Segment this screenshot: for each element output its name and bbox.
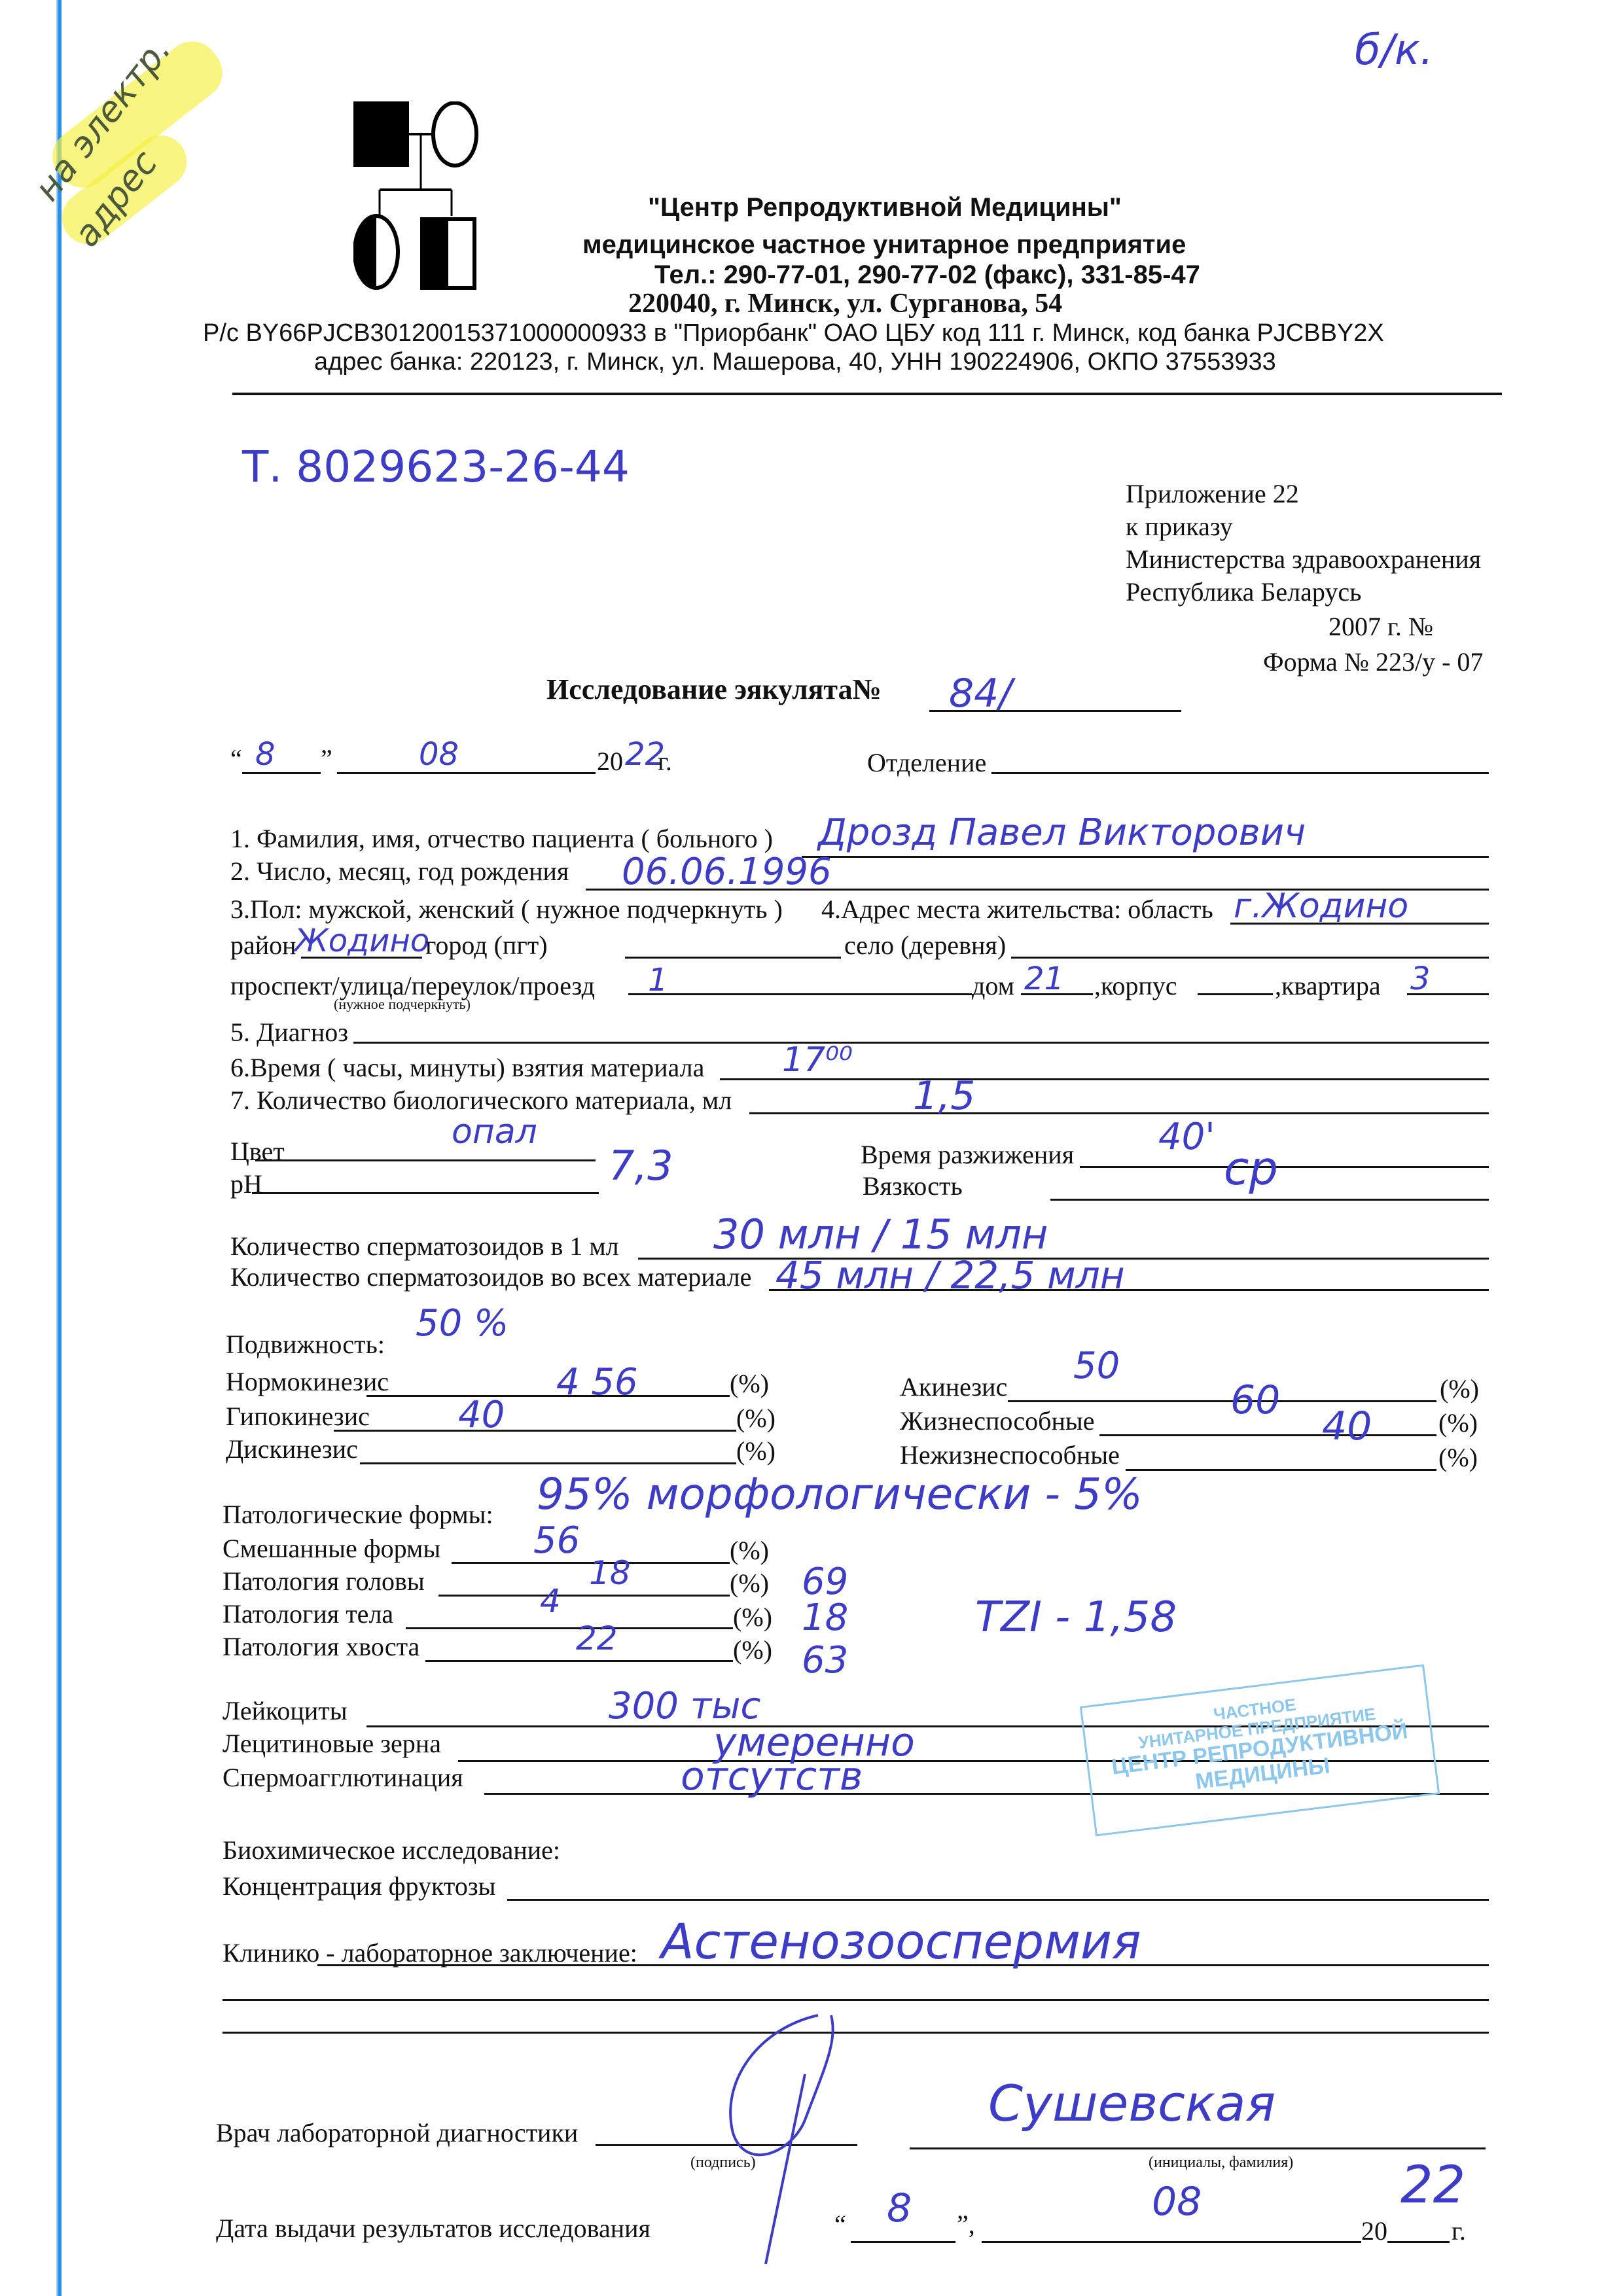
dob-value[interactable]: 06.06.1996 [622,851,832,893]
building-label: ,корпус [1094,973,1177,999]
viscosity-label: Вязкость [863,1173,963,1199]
conclusion-value[interactable]: Астенозооспермия [661,1914,1141,1970]
motility-value[interactable]: 50 % [416,1302,508,1345]
dyskinesis-unit: (%) [736,1438,776,1464]
clinic-logo-icon [353,101,543,314]
form-number: Форма № 223/у - 07 [1263,649,1483,675]
scan-margin-line [56,0,62,2296]
fructose-field[interactable] [507,1899,1489,1901]
dob-label: 2. Число, месяц, год рождения [230,858,569,885]
issue-month[interactable]: 08 [1152,2179,1202,2225]
date-year-prefix: 20 [597,749,623,775]
body-pathology-label: Патология тела [223,1601,393,1627]
lecithin-label: Лецитиновые зерна [223,1731,441,1757]
mixed-forms-value[interactable]: 56 [533,1519,580,1562]
tzi-index: TZI - 1,58 [975,1593,1177,1642]
date-year-unit: г. [658,749,672,775]
issue-date-close-quote: ”, [957,2212,975,2238]
issue-year-unit: г. [1452,2218,1466,2244]
akinesis-value[interactable]: 50 [1073,1345,1120,1387]
village-label: село (деревня) [844,932,1006,959]
phone-note: Т. 8029623-26-44 [242,442,630,492]
viable-field[interactable] [1099,1434,1436,1436]
head-pathology-label: Патология головы [223,1568,425,1595]
city-label: город (пгт) [425,932,548,959]
issue-date-label: Дата выдачи результатов исследования [216,2216,651,2242]
conclusion-field-2[interactable] [223,1999,1489,2001]
patient-name-field[interactable] [802,856,1489,858]
liquefaction-value[interactable]: 40' [1158,1116,1215,1158]
volume-label: 7. Количество биологического материала, … [230,1087,732,1114]
akinesis-label: Акинезис [900,1374,1007,1400]
liquefaction-label: Время разжижения [861,1142,1074,1168]
org-type: медицинское частное унитарное предприяти… [582,230,1186,260]
conclusion-label: Клинико - лабораторное заключение: [223,1940,637,1966]
hypokinesis-unit: (%) [736,1405,776,1432]
viable-unit: (%) [1438,1410,1478,1436]
corner-note: б/к. [1355,26,1433,75]
count-per-ml-value[interactable]: 30 млн / 15 млн [713,1210,1048,1258]
building-field[interactable] [1198,993,1273,995]
ph-field[interactable] [252,1192,599,1194]
agglutination-label: Спермоагглютинация [223,1765,463,1791]
pathology-note[interactable]: 95% морфологически - 5% [537,1469,1143,1519]
viable-value[interactable]: 60 [1230,1377,1280,1423]
village-field[interactable] [1011,957,1489,959]
nonviable-field[interactable] [1126,1469,1436,1471]
diagnosis-label: 5. Диагноз [230,1019,348,1046]
signature-hint: (подпись) [690,2154,756,2172]
street-hint: (нужное подчеркнуть) [334,996,471,1013]
count-per-ml-label: Количество сперматозоидов в 1 мл [230,1233,619,1260]
issue-month-field[interactable] [982,2241,1361,2243]
house-value[interactable]: 21 [1024,961,1064,997]
body-pathology-unit: (%) [733,1604,772,1631]
normokinesis-unit: (%) [730,1371,769,1397]
issue-day-field[interactable] [851,2241,955,2243]
signature-icon [681,2002,890,2280]
clinic-stamp: ЧАСТНОЕ УНИТАРНОЕ ПРЕДПРИЯТИЕ ЦЕНТР РЕПР… [1080,1664,1440,1836]
issue-year[interactable]: 22 [1400,2156,1465,2215]
normokinesis-label: Нормокинезис [226,1369,389,1395]
mixed-forms-label: Смешанные формы [223,1536,440,1562]
nonviable-value[interactable]: 40 [1322,1404,1372,1449]
patient-name[interactable]: Дрозд Павел Викторович [818,811,1306,854]
patient-name-label: 1. Фамилия, имя, отчество пациента ( бол… [230,826,773,852]
tail-pathology-field[interactable] [425,1660,733,1662]
count-total-value[interactable]: 45 млн / 22,5 млн [776,1253,1125,1298]
department-field[interactable] [991,772,1489,774]
diagnosis-field[interactable] [353,1042,1489,1044]
ph-value[interactable]: 7,3 [609,1142,673,1190]
street-label: проспект/улица/переулок/проезд [230,973,595,999]
collection-time-label: 6.Время ( часы, минуты) взятия материала [230,1055,704,1081]
street-value[interactable]: 1 [648,962,668,998]
appendix-line1: Приложение 22 [1126,481,1299,507]
head-pathology-field[interactable] [438,1595,730,1597]
doctor-name-field[interactable] [910,2147,1486,2149]
date-close-quote: ” [321,746,332,772]
district-label: район [230,932,296,959]
date-month[interactable]: 08 [419,736,459,773]
appendix-line2: к приказу [1126,514,1233,540]
hypokinesis-field[interactable] [334,1430,736,1432]
agglutination-value[interactable]: отсутств [681,1754,863,1799]
nonviable-unit: (%) [1438,1445,1478,1471]
count-total-label: Количество сперматозоидов во всех матери… [230,1264,751,1290]
tail-pathology-unit: (%) [733,1637,772,1663]
appendix-line5: 2007 г. № [1329,614,1433,640]
apartment-label: ,квартира [1275,973,1381,999]
org-address: 220040, г. Минск, ул. Сурганова, 54 [628,288,1062,319]
address-label: 4.Адрес места жительства: область [821,896,1213,923]
sex-label: 3.Пол: мужской, женский ( нужное подчерк… [230,896,783,923]
date-day[interactable]: 8 [255,736,276,773]
head-pathology-value[interactable]: 18 [589,1554,631,1592]
akinesis-unit: (%) [1440,1376,1479,1402]
hypokinesis-value[interactable]: 40 [458,1394,505,1436]
issue-year-prefix: 20 [1361,2218,1387,2244]
head-pathology-unit: (%) [730,1570,769,1597]
color-field[interactable] [255,1159,596,1161]
tail-pathology-value[interactable]: 22 [576,1619,618,1657]
viscosity-value[interactable]: ср [1224,1142,1278,1195]
tail-pathology-note: 63 [802,1639,848,1682]
body-pathology-note: 18 [802,1597,848,1639]
dyskinesis-label: Дискинезис [226,1436,358,1462]
dyskinesis-field[interactable] [360,1462,736,1464]
motility-label: Подвижность: [226,1332,385,1358]
pathology-label: Патологические формы: [223,1502,493,1528]
house-label: дом [972,973,1014,999]
header-divider [232,393,1502,395]
fructose-label: Концентрация фруктозы [223,1873,496,1899]
nonviable-label: Нежизнеспособные [900,1442,1120,1468]
liquefaction-field[interactable] [1080,1166,1489,1168]
mixed-forms-unit: (%) [730,1538,769,1564]
doctor-name[interactable]: Сушевская [988,2074,1275,2132]
bank-account: Р/с BY66PJCB30120015371000000933 в "Прио… [203,319,1384,347]
body-pathology-field[interactable] [406,1627,733,1629]
apartment-value[interactable]: 3 [1410,961,1431,997]
issue-day[interactable]: 8 [887,2185,912,2231]
street-field[interactable] [628,993,972,995]
collection-time-value[interactable]: 17⁰⁰ [782,1040,853,1080]
doctor-label: Врач лабораторной диагностики [216,2120,578,2146]
city-field[interactable] [625,957,841,959]
issue-date-open-quote: “ [834,2212,846,2238]
appendix-line4: Республика Беларусь [1126,579,1361,605]
org-phones: Тел.: 290-77-01, 290-77-02 (факс), 331-8… [654,260,1200,290]
tail-pathology-label: Патология хвоста [223,1634,419,1660]
page-title: Исследование эякулята№ [546,675,882,704]
name-hint: (инициалы, фамилия) [1149,2154,1293,2172]
date-open-quote: “ [230,746,242,772]
viscosity-field[interactable] [1050,1199,1489,1201]
appendix-line3: Министерства здравоохранения [1126,546,1481,573]
hypokinesis-label: Гипокинезис [226,1404,370,1430]
body-pathology-value[interactable]: 4 [540,1582,561,1620]
akinesis-field[interactable] [1008,1400,1436,1402]
volume-value[interactable]: 1,5 [913,1073,975,1119]
analysis-number[interactable]: 84/ [949,671,1012,716]
district-value[interactable]: Жодино [294,923,429,959]
issue-year-field[interactable] [1387,2241,1450,2243]
org-name: "Центр Репродуктивной Медицины" [648,193,1122,222]
department-label: Отделение [867,750,986,776]
leukocytes-label: Лейкоциты [223,1698,348,1724]
volume-field[interactable] [749,1112,1489,1114]
biochem-label: Биохимическое исследование: [223,1837,560,1863]
viable-label: Жизнеспособные [900,1408,1095,1434]
region-value[interactable]: г.Жодино [1234,887,1408,926]
normokinesis-value[interactable]: 4 56 [556,1361,638,1404]
color-value[interactable]: опал [452,1112,537,1152]
date-day-line [242,772,321,774]
bank-address: адрес банка: 220123, г. Минск, ул. Машер… [314,348,1276,376]
date-month-line [337,772,596,774]
normokinesis-field[interactable] [366,1395,730,1397]
